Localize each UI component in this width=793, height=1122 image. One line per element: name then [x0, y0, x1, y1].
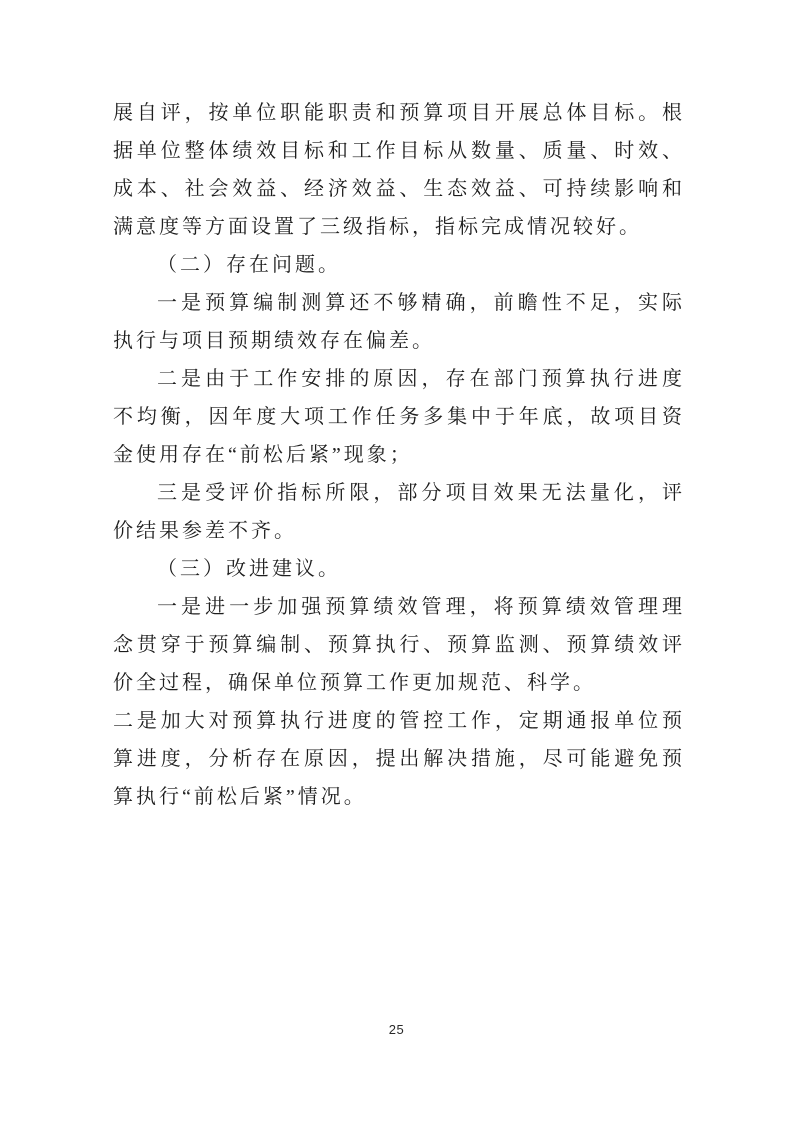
- paragraph-heading-suggestions: （三）改进建议。: [113, 550, 685, 588]
- text-block: 展自评，按单位职能职责和预算项目开展总体目标。根据单位整体绩效目标和工作目标从数…: [113, 94, 685, 816]
- paragraph-heading-problems: （二）存在问题。: [113, 246, 685, 284]
- paragraph-continuation: 展自评，按单位职能职责和预算项目开展总体目标。根据单位整体绩效目标和工作目标从数…: [113, 94, 685, 246]
- paragraph-problem-2: 二是由于工作安排的原因，存在部门预算执行进度不均衡，因年度大项工作任务多集中于年…: [113, 360, 685, 474]
- page-number: 25: [0, 1022, 793, 1037]
- paragraph-suggestion-1: 一是进一步加强预算绩效管理，将预算绩效管理理念贯穿于预算编制、预算执行、预算监测…: [113, 588, 685, 702]
- paragraph-problem-3: 三是受评价指标所限，部分项目效果无法量化，评价结果参差不齐。: [113, 474, 685, 550]
- paragraph-suggestion-2: 二是加大对预算执行进度的管控工作，定期通报单位预算进度，分析存在原因，提出解决措…: [113, 702, 685, 816]
- paragraph-problem-1: 一是预算编制测算还不够精确，前瞻性不足，实际执行与项目预期绩效存在偏差。: [113, 284, 685, 360]
- document-page: 展自评，按单位职能职责和预算项目开展总体目标。根据单位整体绩效目标和工作目标从数…: [0, 0, 793, 1122]
